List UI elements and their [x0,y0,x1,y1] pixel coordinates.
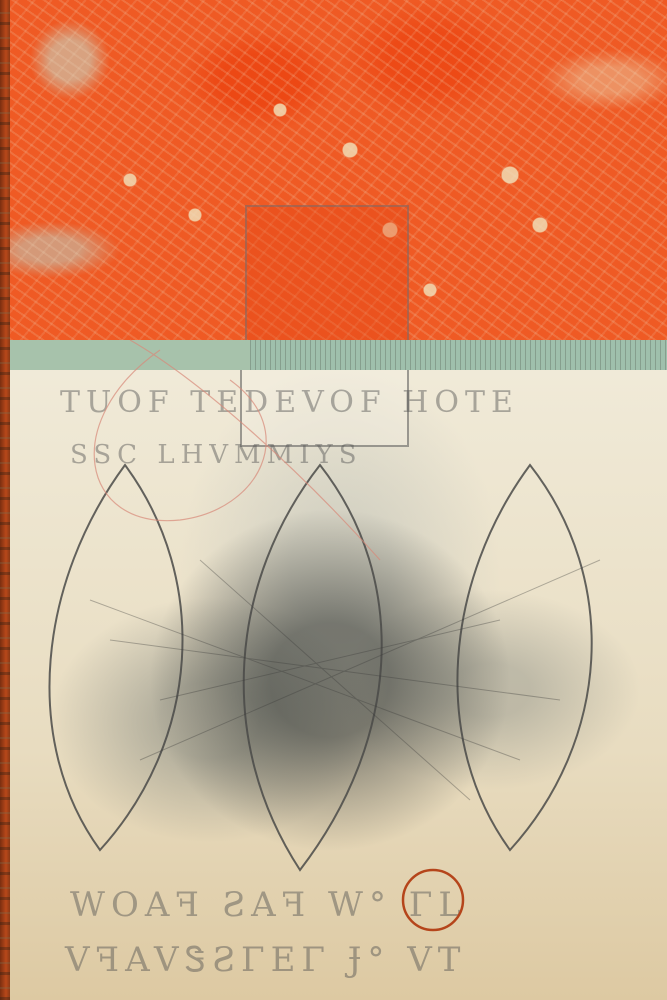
red-circle [403,870,463,930]
leaf-outline-right [457,465,591,850]
line-drawing-overlay [0,0,667,1000]
artwork-canvas: TUOF TEDEVOF HOTE SSC LHVMMIYS WOAꟻ ƧAꟻ … [0,0,667,1000]
leaf-outline-left [49,465,182,850]
